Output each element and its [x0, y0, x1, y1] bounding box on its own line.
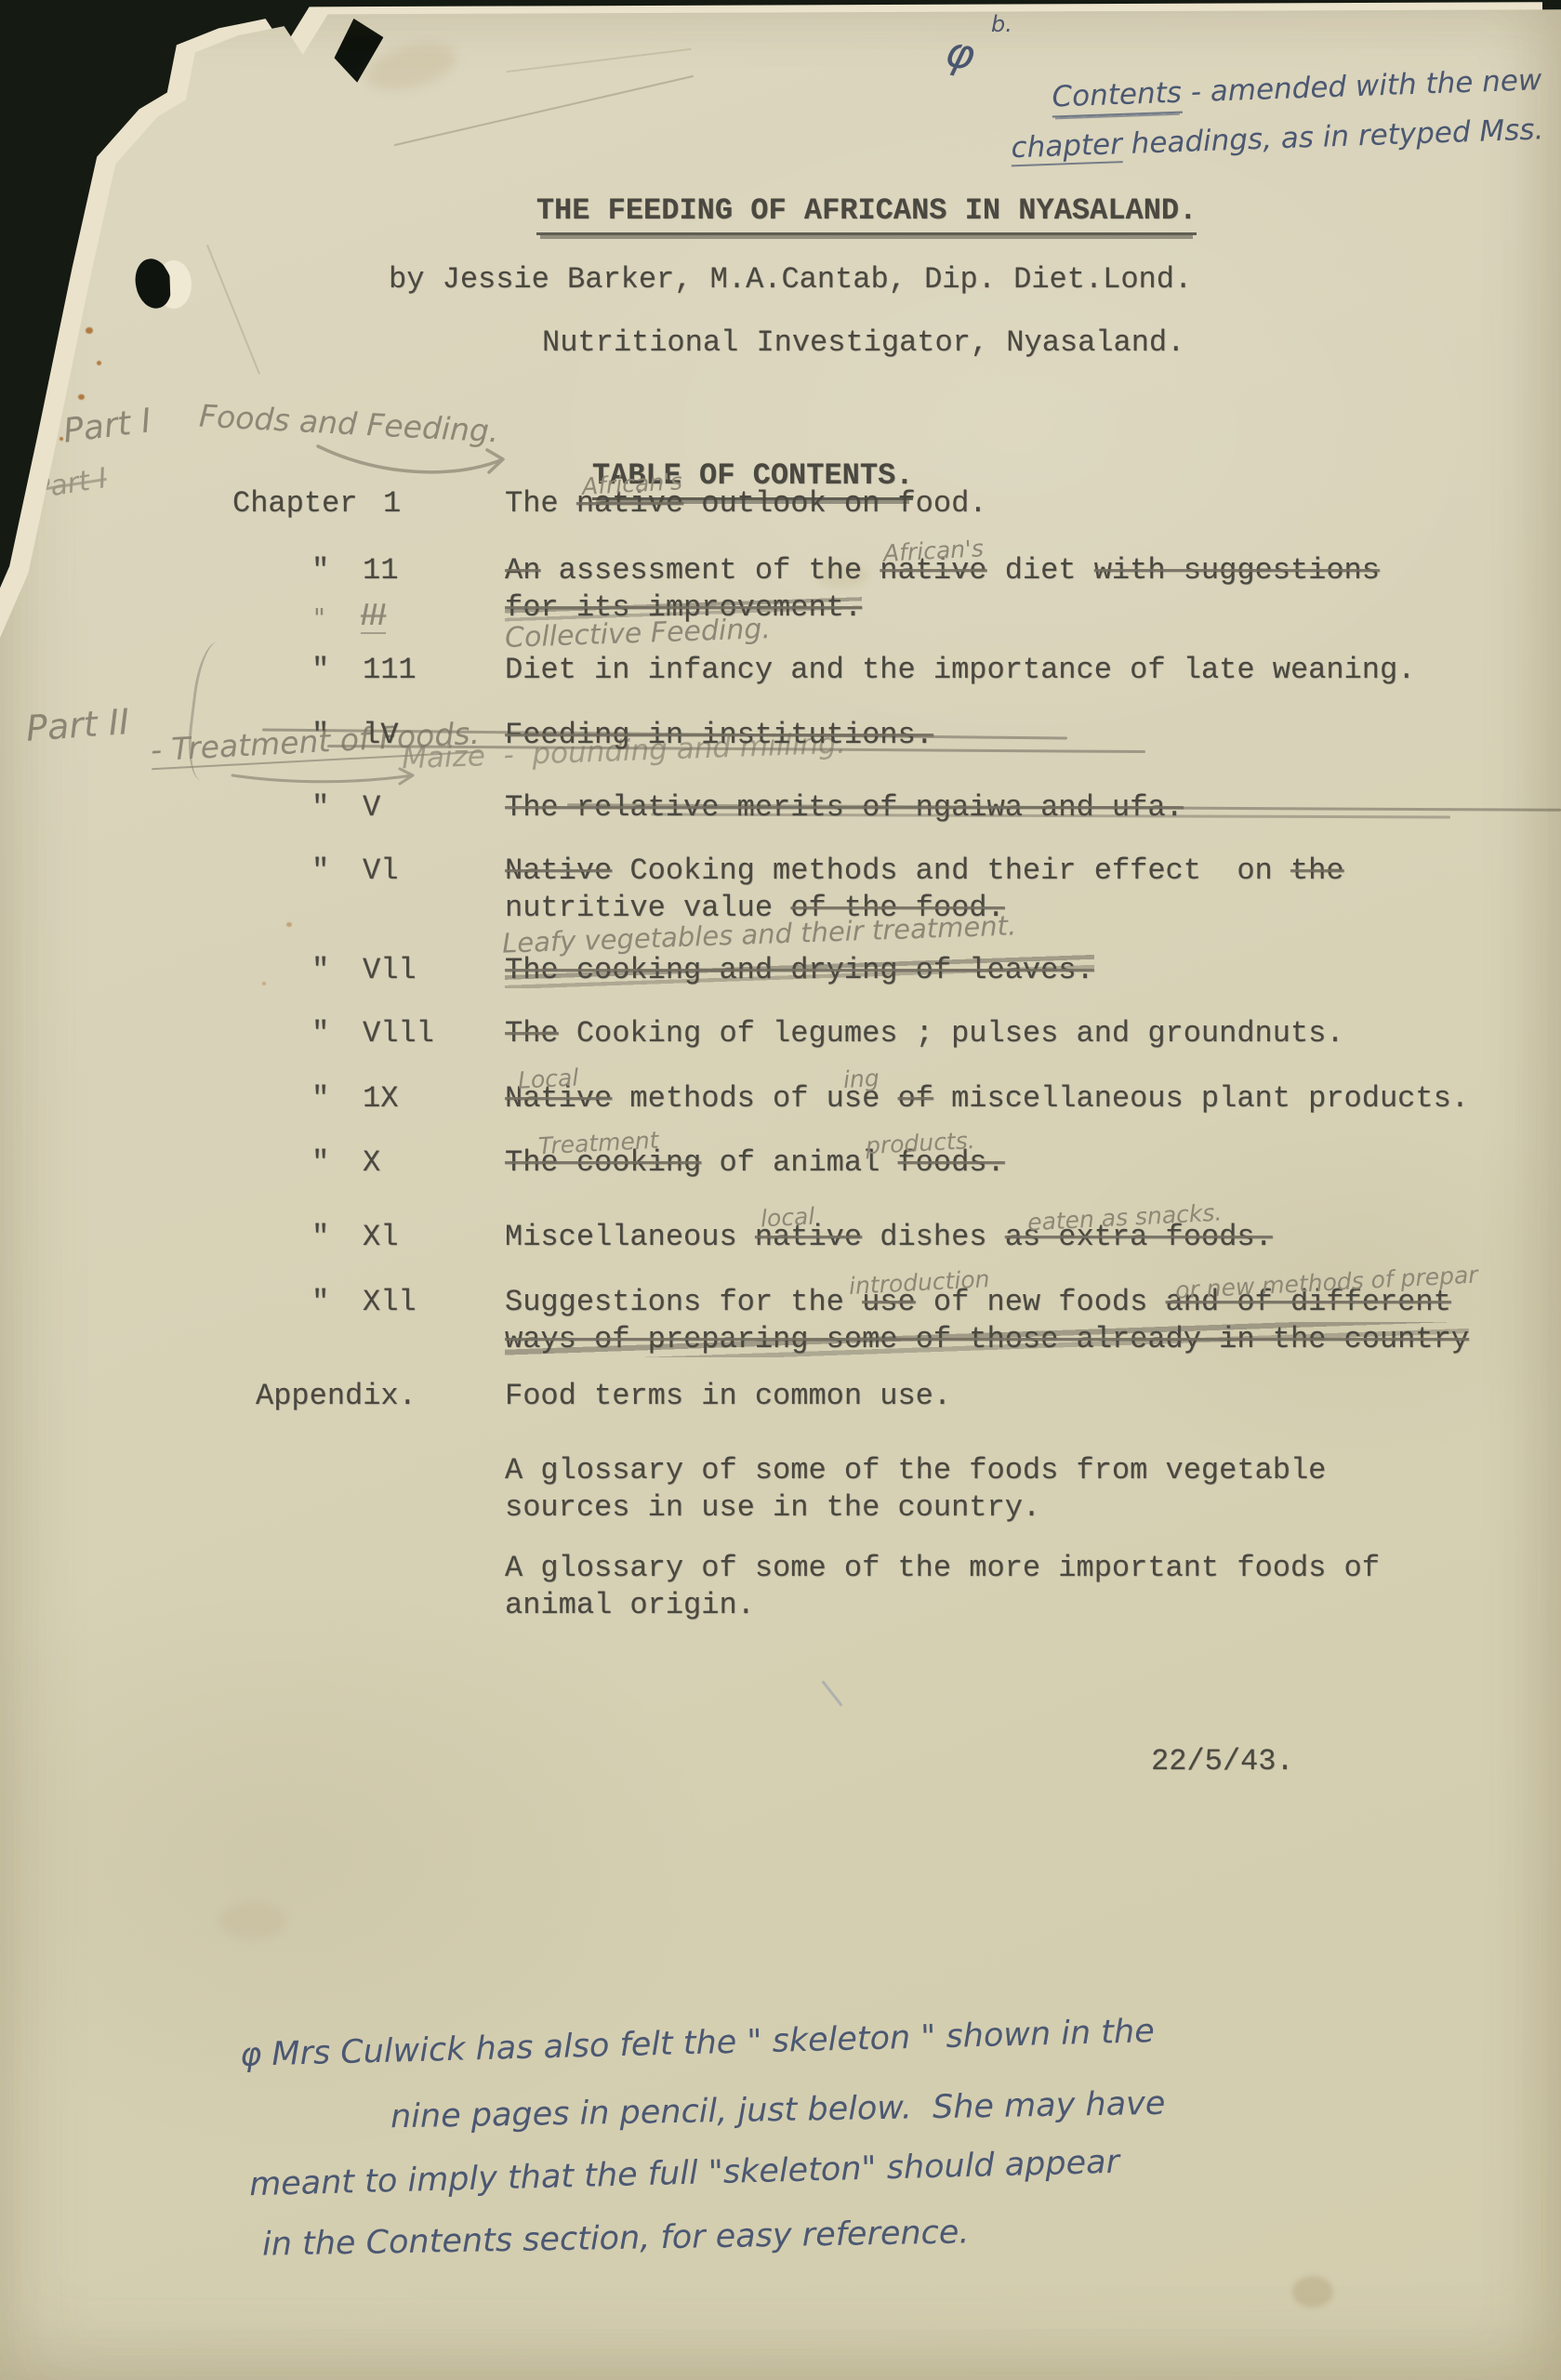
toc-row-9-line-0: The cookingTreatment of animal foods.pro…: [505, 1145, 1005, 1181]
pencil-arrow: [231, 766, 421, 792]
rust-spot: [262, 982, 266, 985]
pencil-arrow: [314, 439, 514, 485]
chapter-number: 1: [383, 486, 401, 522]
rust-spot: [97, 361, 101, 365]
pencil-annotation: African's: [883, 536, 985, 565]
pencil-annotation: African's: [581, 469, 682, 498]
struck-text: and of differentor new methods of prepar: [1166, 1285, 1451, 1320]
struck-text: The relative merits of ngaiwa and ufa.: [505, 790, 1184, 826]
toc-row-10-line-0: Miscellaneous nativelocal dishes as extr…: [505, 1220, 1273, 1255]
toc-row-11-line-1: ways of preparing some of those already …: [505, 1322, 1469, 1357]
bottom-note-line3: meant to imply that the full "skeleton" …: [249, 2144, 1120, 2203]
punch-hole: [131, 256, 176, 312]
toc-row-1-line-0: An assessment of the nativeAfrican's die…: [505, 553, 1380, 588]
typed-text: sources in use in the country.: [505, 1490, 1040, 1526]
chapter-number: Vlll: [363, 1016, 434, 1051]
ink-squiggle: [821, 1680, 842, 1707]
page-title-text: THE FEEDING OF AFRICANS IN NYASALAND.: [536, 193, 1197, 235]
appendix-label: Appendix.: [256, 1379, 417, 1414]
struck-text: ways of preparing some of those already …: [505, 1322, 1469, 1357]
pencil-annotation: eaten as snacks.: [1026, 1200, 1222, 1234]
typed-text: nutritive value: [505, 891, 790, 926]
toc-row-8-line-0: NativeLocal methods of use ofing miscell…: [505, 1081, 1469, 1117]
struck-text: for its improvement.: [505, 590, 862, 626]
typed-text: Suggestions for the: [505, 1285, 862, 1320]
crease-line: [507, 48, 692, 73]
toc-row-5-line-1: nutritive value of the food.: [505, 891, 1005, 926]
toc-row-1-line-1: for its improvement.: [505, 590, 862, 626]
typed-text: The: [505, 486, 576, 522]
chapter-number: X: [363, 1145, 380, 1181]
struck-text: nativelocal: [755, 1220, 862, 1255]
typed-text: dishes: [862, 1220, 1005, 1255]
toc-row-14-line-0: A glossary of some of the more important…: [505, 1551, 1380, 1586]
struck-text: The cookingTreatment: [505, 1145, 701, 1181]
struck-text: The cooking and drying of leaves.: [505, 953, 1094, 988]
chapter-number: 1X: [363, 1081, 398, 1117]
typed-text: diet: [986, 553, 1093, 588]
bottom-note-line4: in the Contents section, for easy refere…: [262, 2214, 970, 2263]
stain: [1292, 2276, 1333, 2307]
chapter-number: lV: [363, 718, 398, 753]
pencil-annotation: local: [760, 1204, 814, 1230]
rust-spot: [86, 327, 93, 334]
typed-text: outlook on food.: [683, 486, 986, 522]
toc-row-7-line-0: The Cooking of legumes ; pulses and grou…: [505, 1016, 1344, 1051]
typed-text: Diet in infancy and the importance of la…: [505, 653, 1415, 688]
stain: [219, 1902, 286, 1939]
toc-row-0-line-0: The nativeAfrican's outlook on food.: [505, 486, 986, 522]
typed-text: Food terms in common use.: [505, 1379, 951, 1414]
insert-ditto: ": [313, 602, 325, 633]
top-note-line2-rest: headings, as in retyped Mss.: [1121, 112, 1544, 161]
struck-text: Feeding in institutions.: [505, 718, 933, 753]
struck-text: An: [505, 553, 540, 588]
crease-line: [394, 75, 694, 146]
ditto-mark: ": [311, 853, 329, 889]
toc-row-12-line-0: Food terms in common use.: [505, 1379, 951, 1414]
ditto-mark: ": [311, 1145, 329, 1181]
struck-text: as extra foods.eaten as snacks.: [1005, 1220, 1273, 1255]
toc-row-5-line-0: Native Cooking methods and their effect …: [505, 853, 1344, 889]
struck-text: Native: [505, 853, 612, 889]
chapter-number: Xl: [363, 1220, 398, 1255]
typed-text: of new foods: [916, 1285, 1166, 1320]
chapter-word-ink: chapter: [1011, 127, 1123, 166]
pencil-annotation: products.: [866, 1129, 976, 1157]
struck-text: nativeAfrican's: [880, 553, 986, 588]
pencil-annotation: Treatment: [537, 1129, 659, 1158]
chapter-number: V: [363, 790, 380, 826]
pencil-annotation: Local: [517, 1065, 578, 1091]
chapter-number: 111: [363, 653, 417, 688]
bottom-note-line2: nine pages in pencil, just below. She ma…: [390, 2085, 1166, 2136]
chapter-number: Vll: [363, 953, 417, 988]
struck-text: of the food.: [790, 891, 1004, 926]
part2-note: Part II: [25, 701, 131, 749]
toc-row-13-line-0: A glossary of some of the foods from veg…: [505, 1453, 1326, 1488]
toc-row-4-line-0: The relative merits of ngaiwa and ufa.: [505, 790, 1184, 826]
scanned-document-page: { "document": { "title": "THE FEEDING OF…: [0, 0, 1561, 2380]
struck-text: ofing: [897, 1081, 933, 1117]
ditto-mark: ": [311, 653, 329, 688]
toc-row-11-line-0: Suggestions for the useintroduction of n…: [505, 1285, 1451, 1320]
ditto-mark: ": [311, 718, 329, 753]
role-line: Nutritional Investigator, Nyasaland.: [542, 325, 1184, 361]
typed-text: miscellaneous plant products.: [933, 1081, 1469, 1117]
typed-text: A glossary of some of the more important…: [505, 1551, 1380, 1586]
toc-row-14-line-1: animal origin.: [505, 1588, 755, 1623]
pencil-annotation: ing: [843, 1066, 880, 1091]
struck-text: with suggestions: [1094, 553, 1380, 588]
struck-text: useintroduction: [862, 1285, 916, 1320]
toc-row-6-line-0: The cooking and drying of leaves.: [505, 953, 1094, 988]
pencil-annotation: or new methods of prepar: [1174, 1263, 1478, 1302]
date: 22/5/43.: [1151, 1744, 1294, 1779]
chapter-number: Vl: [363, 853, 398, 889]
phi-symbol: φ: [941, 25, 981, 81]
struck-text: The: [505, 1016, 559, 1051]
ditto-mark: ": [311, 1285, 329, 1320]
struck-text: NativeLocal: [505, 1081, 612, 1117]
typed-text: animal origin.: [505, 1588, 755, 1623]
rust-spot: [78, 394, 85, 400]
struck-text: the: [1290, 853, 1344, 889]
chapter-number: 11: [363, 553, 398, 588]
typed-text: assessment of the: [540, 553, 880, 588]
ditto-mark: ": [311, 1016, 329, 1051]
struck-text: nativeAfrican's: [576, 486, 683, 522]
toc-row-13-line-1: sources in use in the country.: [505, 1490, 1040, 1526]
torn-notch: [330, 16, 387, 86]
bottom-note-line1: φ Mrs Culwick has also felt the " skelet…: [240, 2013, 1156, 2074]
chapter-word: Chapter: [232, 486, 357, 522]
ink-superscript: b.: [991, 11, 1012, 37]
typed-text: Miscellaneous: [505, 1220, 755, 1255]
part1-note: Part I: [61, 402, 153, 450]
ditto-mark: ": [311, 790, 329, 826]
typed-text: Cooking methods and their effect on: [612, 853, 1290, 889]
typed-text: Cooking of legumes ; pulses and groundnu…: [559, 1016, 1344, 1051]
ditto-mark: ": [311, 1081, 329, 1117]
chapter-number: Xll: [363, 1285, 417, 1320]
insert-roman-numeral: III: [361, 599, 386, 634]
ditto-mark: ": [311, 953, 329, 988]
ditto-mark: ": [311, 1220, 329, 1255]
crease-line: [206, 245, 260, 375]
byline: by Jessie Barker, M.A.Cantab, Dip. Diet.…: [389, 262, 1192, 297]
top-margin-note-line2: chapter headings, as in retyped Mss.: [972, 79, 1545, 199]
rust-spot: [60, 437, 63, 441]
ditto-mark: ": [311, 553, 329, 588]
toc-row-3-line-0: Feeding in institutions.: [505, 718, 933, 753]
struck-text: foods.products.: [897, 1145, 1004, 1181]
rust-spot: [286, 922, 292, 927]
paper-sheet: THE FEEDING OF AFRICANS IN NYASALAND. by…: [0, 0, 1561, 2380]
toc-row-2-line-0: Diet in infancy and the importance of la…: [505, 653, 1415, 688]
typed-text: A glossary of some of the foods from veg…: [505, 1453, 1326, 1488]
